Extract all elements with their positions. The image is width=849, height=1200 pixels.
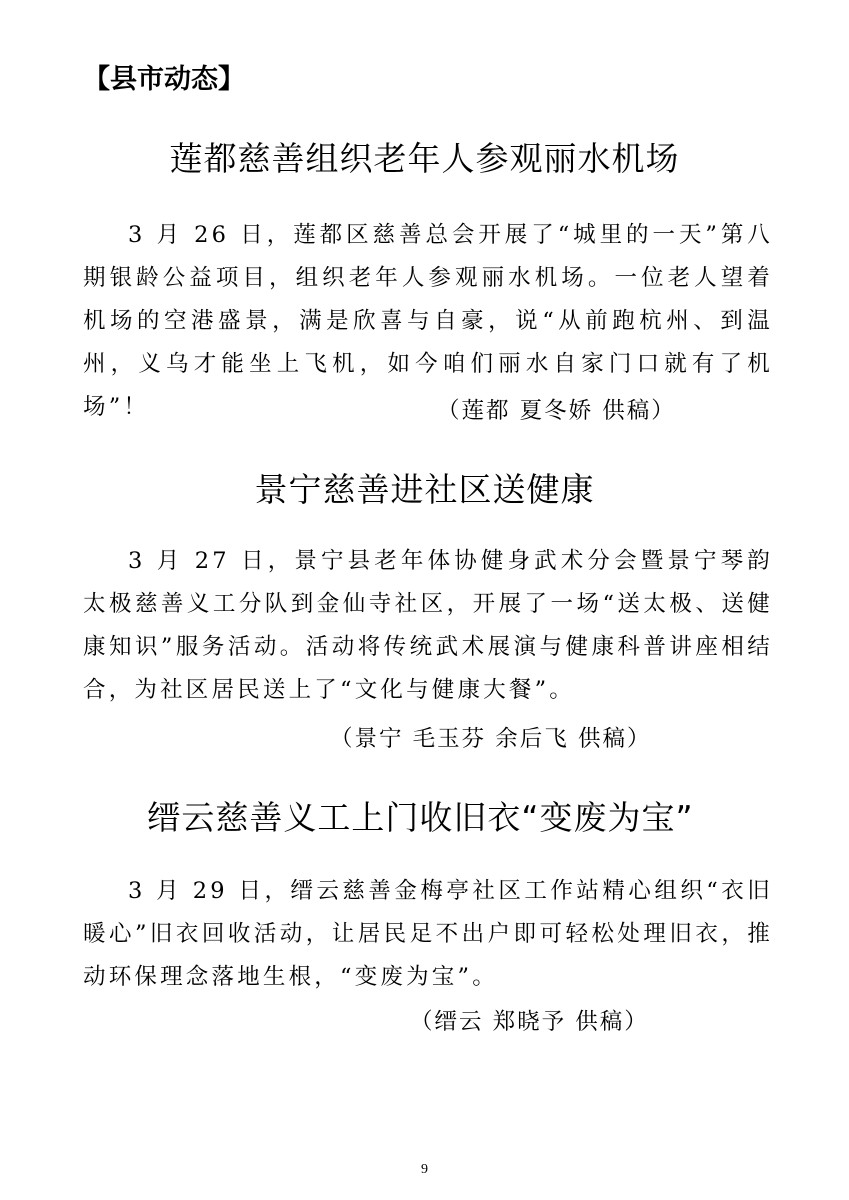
article-body-jingning: 3 月 27 日，景宁县老年体协健身武术分会暨景宁琴韵太极慈善义工分队到金仙寺社… xyxy=(83,540,773,712)
page-number: 9 xyxy=(0,1160,849,1180)
article-byline-liandu: （莲都 夏冬娇 供稿） xyxy=(437,393,676,429)
article-body-jinyun: 3 月 29 日，缙云慈善金梅亭社区工作站精心组织“衣旧暖心”旧衣回收活动，让居… xyxy=(83,870,773,999)
article-title-jinyun: 缙云慈善义工上门收旧衣“变废为宝” xyxy=(0,796,845,840)
article-byline-jingning: （景宁 毛玉芬 余后飞 供稿） xyxy=(330,721,651,757)
section-tag: 【县市动态】 xyxy=(83,62,245,98)
article-byline-jinyun: （缙云 郑晓予 供稿） xyxy=(410,1004,649,1040)
article-title-jingning: 景宁慈善进社区送健康 xyxy=(0,468,849,512)
document-page: 【县市动态】 莲都慈善组织老年人参观丽水机场 3 月 26 日，莲都区慈善总会开… xyxy=(0,0,849,1200)
article-title-liandu: 莲都慈善组织老年人参观丽水机场 xyxy=(0,137,849,181)
